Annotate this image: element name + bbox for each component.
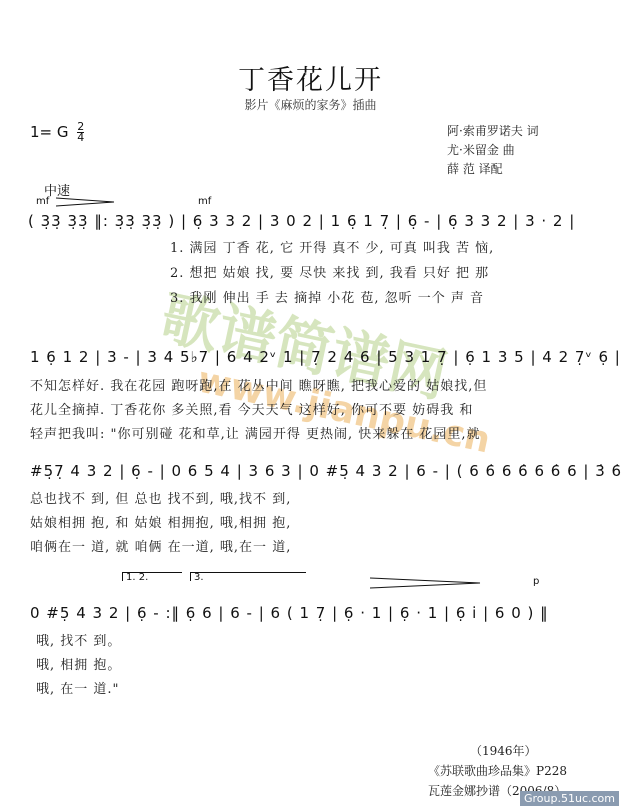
- key-signature: 1= G 2 4: [30, 122, 84, 143]
- system-2-notes: 1 6̣ 1 2 | 3 - | 3 4 5♭7 | 6 4 2ᵛ 1 | 7̣…: [30, 348, 621, 366]
- system-3-notes: #5̣7̣ 4 3 2 | 6̣ - | 0 6 5 4 | 3 6 3 | 0…: [30, 462, 621, 480]
- volta-1-2-label: 1. 2.: [126, 572, 148, 583]
- footer-source: 《苏联歌曲珍品集》P228: [428, 762, 567, 779]
- system-4-lyric-verse-3: 哦, 在一 道.": [36, 678, 120, 697]
- system-4-lyric-verse-2: 哦, 相拥 抱。: [36, 654, 121, 673]
- decrescendo-hairpin: [56, 196, 116, 208]
- system-3-lyric-verse-1: 总也找不 到, 但 总也 找不到, 哦,找不 到,: [30, 488, 291, 507]
- volta-3-label: 3.: [194, 572, 204, 583]
- key-label: 1= G: [30, 123, 69, 141]
- system-2-lyric-verse-2: 花儿全摘掉. 丁香花你 多关照,看 今天天气 这样好, 你可不要 妨碍我 和: [30, 399, 473, 418]
- system-1-lyric-verse-1: 1. 满园 丁香 花, 它 开得 真不 少, 可真 叫我 苦 恼,: [170, 237, 494, 256]
- system-3-lyric-verse-2: 姑娘相拥 抱, 和 姑娘 相拥抱, 哦,相拥 抱,: [30, 512, 291, 531]
- footer-year: （1946年）: [470, 742, 537, 759]
- dynamic-p: p: [533, 576, 539, 587]
- translator-credit: 薛 范 译配: [447, 160, 503, 177]
- dynamic-mf-verse: mf: [198, 196, 211, 207]
- composer-credit: 尤·米留金 曲: [447, 141, 515, 158]
- lyricist-credit: 阿·索甫罗诺夫 词: [447, 122, 539, 139]
- song-title: 丁香花儿开: [0, 58, 621, 97]
- dynamic-mf-intro: mf: [36, 196, 49, 207]
- corner-site-logo: Group.51uc.com: [520, 791, 619, 806]
- system-3-lyric-verse-3: 咱俩在一 道, 就 咱俩 在一道, 哦,在一 道,: [30, 536, 291, 555]
- system-2-lyric-verse-3: 轻声把我叫: "你可别碰 花和草,让 满园开得 更热闹, 快来躲在 花园里,就: [30, 423, 481, 442]
- volta-bracket-1-2: 1. 2.: [122, 572, 182, 581]
- system-4-notes: 0 #5̣ 4 3 2 | 6̣ - :‖ 6̣ 6 | 6 - | 6 ( 1…: [30, 604, 549, 622]
- crescendo-hairpin: [370, 576, 482, 590]
- song-subtitle: 影片《麻烦的家务》插曲: [0, 96, 621, 113]
- system-1-notes: ( 3̣3̣ 3̣3̣ ‖: 3̣3̣ 3̣3̣ ) | 6̣ 3 3 2 | …: [28, 212, 575, 230]
- volta-bracket-3: 3.: [190, 572, 306, 581]
- time-signature: 2 4: [77, 122, 84, 143]
- system-4-lyric-verse-1: 哦, 找不 到。: [36, 630, 121, 649]
- system-1-lyric-verse-3: 3. 我刚 伸出 手 去 摘掉 小花 苞, 忽听 一个 声 音: [170, 287, 484, 306]
- system-2-lyric-verse-1: 不知怎样好. 我在花园 跑呀跑,在 花丛中间 瞧呀瞧, 把我心爱的 姑娘找,但: [30, 375, 487, 394]
- time-sig-denominator: 4: [77, 133, 84, 143]
- system-1-lyric-verse-2: 2. 想把 姑娘 找, 要 尽快 来找 到, 我看 只好 把 那: [170, 262, 489, 281]
